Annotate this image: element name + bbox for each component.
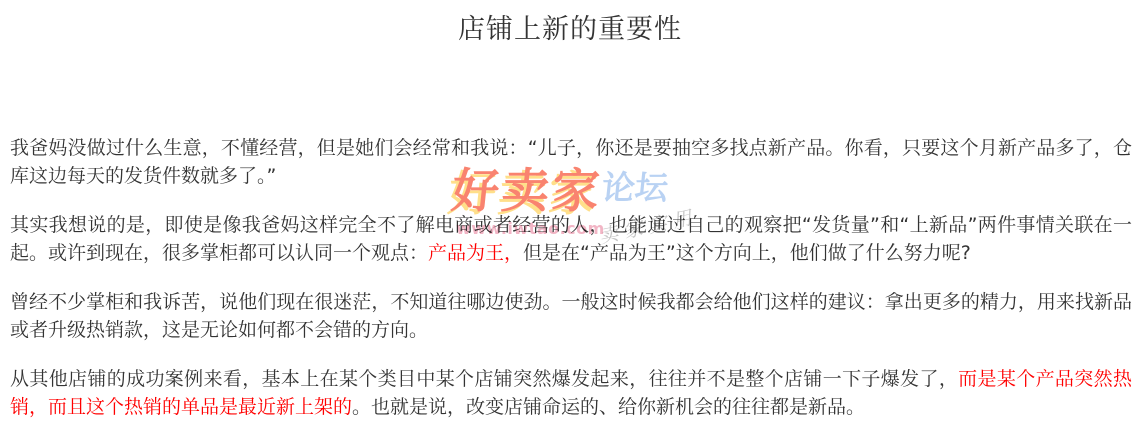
body-text: 我爸妈没做过什么生意，不懂经营，但是她们会经常和我说：“儿子，你还是要抽空多找点… (10, 137, 1132, 187)
page-title: 店铺上新的重要性 (0, 0, 1140, 46)
article-page: 店铺上新的重要性 我爸妈没做过什么生意，不懂经营，但是她们会经常和我说：“儿子，… (0, 0, 1140, 422)
paragraph: 曾经不少掌柜和我诉苦，说他们现在很迷茫，不知道往哪边使劲。一般这时候我都会给他们… (10, 288, 1132, 344)
article-body: 我爸妈没做过什么生意，不懂经营，但是她们会经常和我说：“儿子，你还是要抽空多找点… (0, 134, 1140, 421)
paragraph: 我爸妈没做过什么生意，不懂经营，但是她们会经常和我说：“儿子，你还是要抽空多找点… (10, 134, 1132, 190)
paragraph: 其实我想说的是，即使是像我爸妈这样完全不了解电商或者经营的人，也能通过自己的观察… (10, 211, 1132, 267)
body-text: 曾经不少掌柜和我诉苦，说他们现在很迷茫，不知道往哪边使劲。一般这时候我都会给他们… (10, 291, 1132, 341)
highlight-red-text: 产品为王， (428, 242, 523, 264)
body-text: 。也就是说，改变店铺命运的、给你新机会的往往都是新品。 (352, 396, 865, 418)
body-text: 从其他店铺的成功案例来看，基本上在某个类目中某个店铺突然爆发起来，往往并不是整个… (10, 368, 958, 390)
paragraph: 从其他店铺的成功案例来看，基本上在某个类目中某个店铺突然爆发起来，往往并不是整个… (10, 365, 1132, 421)
body-text: 但是在“产品为王”这个方向上，他们做了什么努力呢? (523, 242, 971, 264)
